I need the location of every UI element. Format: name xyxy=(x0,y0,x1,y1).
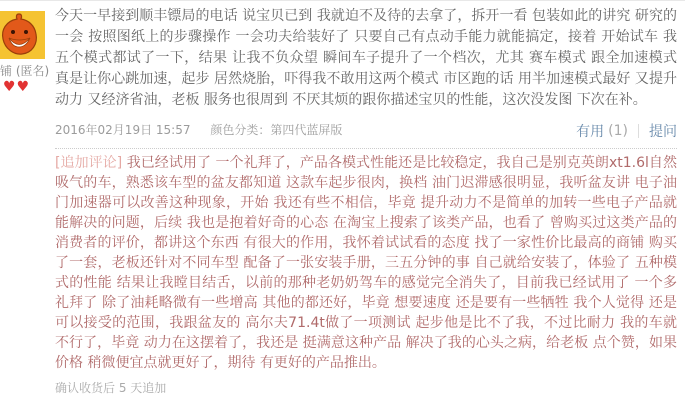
reviewer-panel: 铺 (匿名) ♥♥ xyxy=(0,1,52,405)
review-body-text: 今天一早接到顺丰镖局的电话 说宝贝已到 我就迫不及待的去拿了，拆开一看 包装如此… xyxy=(55,6,677,111)
useful-count: (1) xyxy=(608,123,628,139)
review-sku: 颜色分类：第四代蓝屏版 xyxy=(210,123,342,137)
append-separator xyxy=(55,148,677,149)
append-review-text: [追加评论] 我已经试用了 一个礼拜了，产品各模式性能还是比较稳定，我自己是别克… xyxy=(55,153,677,373)
reviewer-name: 铺 (匿名) xyxy=(0,62,54,79)
heart-icon: ♥ xyxy=(3,79,17,95)
append-review-note: 确认收货后 5 天追加 xyxy=(55,379,166,396)
heart-icon: ♥ xyxy=(17,79,31,95)
ask-question-button[interactable]: 提问 xyxy=(649,121,677,141)
taobao-mascot-icon xyxy=(0,11,45,59)
reviewer-rank-hearts: ♥♥ xyxy=(3,79,30,95)
append-review-tag: [追加评论] xyxy=(55,155,122,171)
append-review-body: 我已经试用了 一个礼拜了，产品各模式性能还是比较稳定，我自己是别克英朗xt1.6… xyxy=(55,155,677,371)
review-item: 铺 (匿名) ♥♥ 今天一早接到顺丰镖局的电话 说宝贝已到 我就迫不及待的去拿了… xyxy=(0,0,685,405)
actions-divider xyxy=(638,124,639,138)
avatar xyxy=(0,11,45,59)
review-meta-row: 2016年02月19日 15:57 颜色分类：第四代蓝屏版 有用 (1) 提问 xyxy=(55,121,677,141)
review-actions: 有用 (1) 提问 xyxy=(576,121,677,141)
review-meta-left: 2016年02月19日 15:57 颜色分类：第四代蓝屏版 xyxy=(55,121,342,138)
useful-button[interactable]: 有用 xyxy=(576,121,604,141)
review-date: 2016年02月19日 15:57 xyxy=(55,123,190,137)
